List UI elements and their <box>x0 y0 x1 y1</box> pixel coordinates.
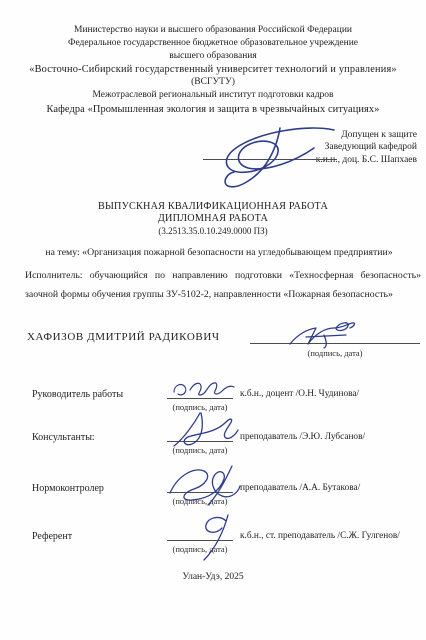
signer-label: Нормоконтролер <box>32 483 104 494</box>
signer-attribution: преподаватель /Э.Ю. Лубсанов/ <box>240 432 365 442</box>
consultant-signature-scribble <box>168 410 240 450</box>
standards-controller-signature-scribble <box>162 461 246 507</box>
executor-description-line-1: Исполнитель: обучающийся по направлению … <box>25 270 421 281</box>
signer-attribution: преподаватель /А.А. Бутакова/ <box>240 483 360 493</box>
supervisor-signature-scribble <box>170 378 238 400</box>
executor-signature-scribble <box>286 320 358 350</box>
ministry-line: Министерство науки и высшего образования… <box>0 24 426 37</box>
signer-attribution: к.б.н., ст. преподаватель /С.Ж. Гулгенов… <box>240 531 400 541</box>
education-level-line: высшего образования <box>0 50 426 63</box>
thesis-title-page: Министерство науки и высшего образования… <box>0 0 426 640</box>
department-name: Кафедра «Промышленная экология и защита … <box>0 104 426 115</box>
executor-name: ХАФИЗОВ ДМИТРИЙ РАДИКОВИЧ <box>27 331 220 343</box>
signer-label: Референт <box>32 531 72 542</box>
university-header: Министерство науки и высшего образования… <box>0 24 426 102</box>
university-name: «Восточно-Сибирский государственный унив… <box>0 63 426 76</box>
work-subtitle: ДИПЛОМНАЯ РАБОТА <box>0 213 426 225</box>
university-abbreviation: (ВСГУТУ) <box>0 76 426 89</box>
thesis-theme: на тему: «Организация пожарной безопасно… <box>20 247 418 258</box>
city-year: Улан-Удэ, 2025 <box>0 572 426 582</box>
institution-type-line: Федеральное государственное бюджетное об… <box>0 37 426 50</box>
work-type-title: ВЫПУСКНАЯ КВАЛИФИКАЦИОННАЯ РАБОТА <box>0 201 426 213</box>
institute-name: Межотраслевой региональный институт подг… <box>0 89 426 102</box>
executor-description-line-2: заочной формы обучения группы ЗУ-5102-2,… <box>25 289 421 300</box>
signer-label: Руководитель работы <box>32 389 123 400</box>
work-title-block: ВЫПУСКНАЯ КВАЛИФИКАЦИОННАЯ РАБОТА ДИПЛОМ… <box>0 201 426 238</box>
signer-attribution: к.б.н., доцент /О.Н. Чудинова/ <box>240 389 359 399</box>
head-signature-scribble <box>198 122 338 194</box>
signer-label: Консультанты: <box>32 432 95 443</box>
reviewer-signature-scribble <box>192 512 244 562</box>
work-code: (3.2513.35.0.10.249.0000 ПЗ) <box>0 225 426 237</box>
